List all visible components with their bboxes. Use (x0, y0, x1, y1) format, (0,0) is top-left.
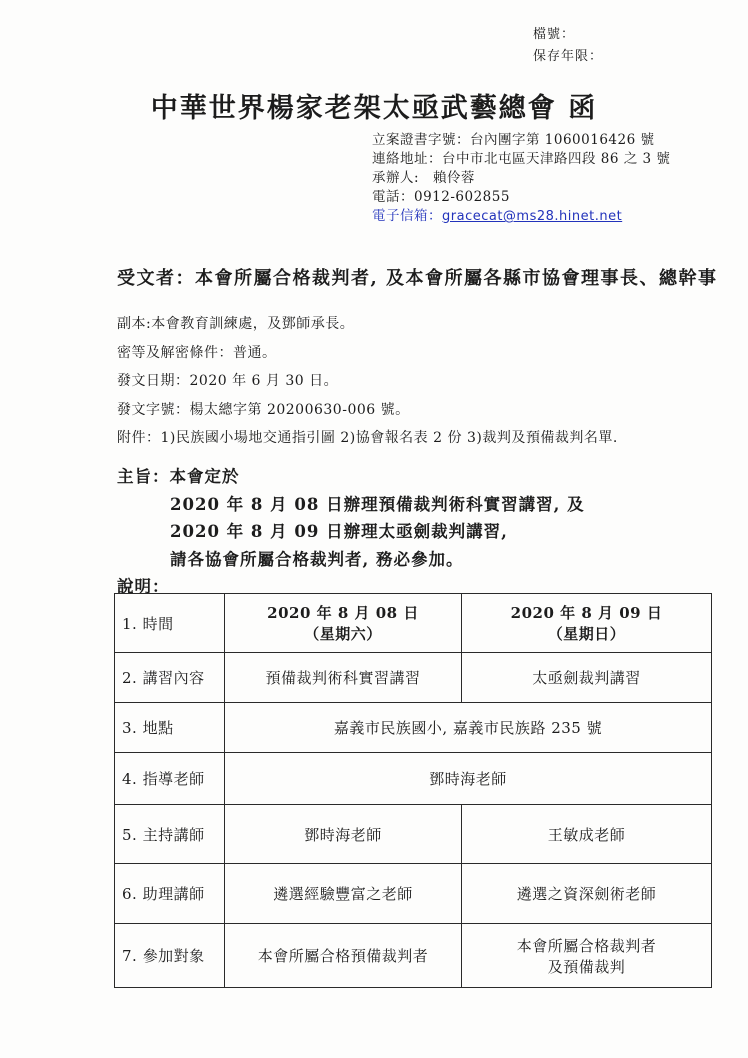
date-sat-line1: 2020 年 8 月 08 日 (229, 602, 457, 623)
cell-content-saturday: 預備裁判術科實習講習 (225, 653, 462, 703)
document-number-line: 發文字號：楊太總字第 20200630-006 號。 (117, 396, 618, 425)
row-label-lead-lecturer: 5. 主持講師 (115, 805, 225, 864)
cell-content-sunday: 太亟劍裁判講習 (462, 653, 712, 703)
contact-person-line: 承辦人: 賴伶蓉 (372, 169, 670, 188)
table-row: 4. 指導老師 鄧時海老師 (115, 753, 712, 805)
email-line: 電子信箱：gracecat@ms28.hinet.net (372, 207, 670, 226)
file-header-block: 檔號： 保存年限： (533, 24, 603, 68)
row-label-content: 2. 講習內容 (115, 653, 225, 703)
schedule-table: 1. 時間 2020 年 8 月 08 日 （星期六） 2020 年 8 月 0… (114, 593, 712, 988)
cell-participants-saturday: 本會所屬合格預備裁判者 (225, 924, 462, 988)
subject-line-3: 2020 年 8 月 09 日辦理太亟劍裁判講習, (117, 518, 585, 546)
table-row: 3. 地點 嘉義市民族國小, 嘉義市民族路 235 號 (115, 703, 712, 753)
date-sun-line2: （星期日） (466, 623, 707, 644)
cell-location: 嘉義市民族國小, 嘉義市民族路 235 號 (225, 703, 712, 753)
email-link[interactable]: gracecat@ms28.hinet.net (442, 209, 622, 224)
cell-date-sunday: 2020 年 8 月 09 日 （星期日） (462, 594, 712, 653)
subject-line-4: 請各協會所屬合格裁判者, 務必參加。 (117, 546, 585, 574)
date-sun-line1: 2020 年 8 月 09 日 (466, 602, 707, 623)
row-label-participants: 7. 參加對象 (115, 924, 225, 988)
table-row: 6. 助理講師 遴選經驗豐富之老師 遴選之資深劍術老師 (115, 864, 712, 924)
cell-lead-lecturer-sunday: 王敏成老師 (462, 805, 712, 864)
participants-sun-line1: 本會所屬合格裁判者 (466, 935, 707, 956)
subject-block: 主旨：本會定於 2020 年 8 月 08 日辦理預備裁判術科實習講習, 及 2… (117, 463, 585, 601)
official-letter-page: 檔號： 保存年限： 中華世界楊家老架太亟武藝總會 函 立案證書字號：台內團字第 … (0, 0, 748, 1058)
cell-lead-lecturer-saturday: 鄧時海老師 (225, 805, 462, 864)
cell-participants-sunday: 本會所屬合格裁判者 及預備裁判 (462, 924, 712, 988)
document-meta-block: 副本:本會教育訓練處，及鄧師承長。 密等及解密條件：普通。 發文日期：2020 … (117, 310, 618, 453)
cell-assistant-saturday: 遴選經驗豐富之老師 (225, 864, 462, 924)
table-row: 5. 主持講師 鄧時海老師 王敏成老師 (115, 805, 712, 864)
row-label-supervisor: 4. 指導老師 (115, 753, 225, 805)
table-row: 7. 參加對象 本會所屬合格預備裁判者 本會所屬合格裁判者 及預備裁判 (115, 924, 712, 988)
cell-assistant-sunday: 遴選之資深劍術老師 (462, 864, 712, 924)
cell-date-saturday: 2020 年 8 月 08 日 （星期六） (225, 594, 462, 653)
participants-sun-line2: 及預備裁判 (466, 956, 707, 977)
retention-period-label: 保存年限： (533, 46, 603, 68)
subject-line-2: 2020 年 8 月 08 日辦理預備裁判術科實習講習, 及 (117, 491, 585, 519)
file-number-label: 檔號： (533, 24, 603, 46)
cell-supervisor: 鄧時海老師 (225, 753, 712, 805)
email-label: 電子信箱： (372, 208, 442, 224)
registration-number-line: 立案證書字號：台內團字第 1060016426 號 (372, 131, 670, 150)
row-label-time: 1. 時間 (115, 594, 225, 653)
date-sat-line2: （星期六） (229, 623, 457, 644)
table-row: 1. 時間 2020 年 8 月 08 日 （星期六） 2020 年 8 月 0… (115, 594, 712, 653)
recipient-line: 受文者：本會所屬合格裁判者, 及本會所屬各縣市協會理事長、總幹事 (117, 264, 718, 290)
contact-address-line: 連絡地址：台中市北屯區天津路四段 86 之 3 號 (372, 150, 670, 169)
row-label-location: 3. 地點 (115, 703, 225, 753)
letterhead-block: 立案證書字號：台內團字第 1060016426 號 連絡地址：台中市北屯區天津路… (372, 131, 670, 226)
document-title: 中華世界楊家老架太亟武藝總會 函 (0, 86, 748, 125)
classification-line: 密等及解密條件：普通。 (117, 339, 618, 368)
attachments-line: 附件：1)民族國小場地交通指引圖 2)協會報名表 2 份 3)裁判及預備裁判名單… (117, 424, 618, 453)
row-label-assistant-lecturer: 6. 助理講師 (115, 864, 225, 924)
issue-date-line: 發文日期：2020 年 6 月 30 日。 (117, 367, 618, 396)
copy-to-line: 副本:本會教育訓練處，及鄧師承長。 (117, 310, 618, 339)
phone-line: 電話：0912-602855 (372, 188, 670, 207)
subject-line-1: 主旨：本會定於 (117, 463, 585, 491)
table-row: 2. 講習內容 預備裁判術科實習講習 太亟劍裁判講習 (115, 653, 712, 703)
